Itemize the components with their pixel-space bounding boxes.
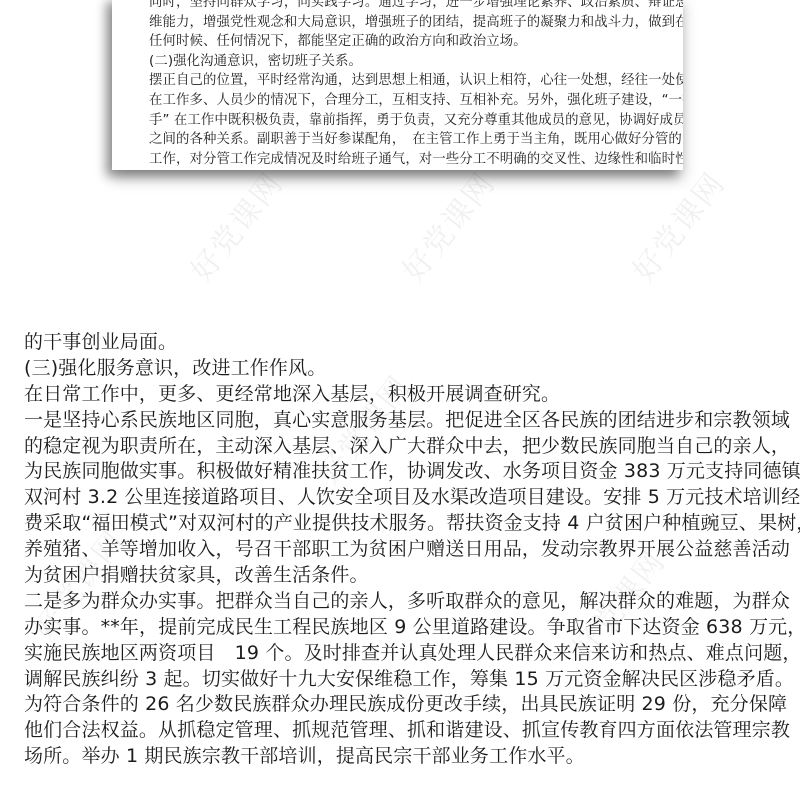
text-line: 办实事。**年，提前完成民生工程民族地区 9 公里道路建设。争取省市下达资金 6… [24, 615, 784, 641]
text-line: 他们合法权益。从抓稳定管理、抓规范管理、抓和谐建设、抓宣传教育四方面依法管理宗教 [24, 718, 784, 744]
document-body: 的干事创业局面。 (三)强化服务意识，改进工作作风。 在日常工作中，更多、更经常… [24, 330, 784, 770]
text-line: 同时，坚持向群众学习，向实践学习。通过学习，进一步增强理论素养、政治素质、辩证思 [149, 0, 669, 13]
watermark: 好党课网 [390, 161, 503, 289]
text-line: 的干事创业局面。 [24, 330, 784, 356]
text-line: 实施民族地区两资项目 19 个。及时排查并认真处理人民群众来信来访和热点、难点问… [24, 641, 784, 667]
text-line: 为民族同胞做实事。积极做好精准扶贫工作，协调发改、水务项目资金 383 万元支持… [24, 459, 784, 485]
section-heading: (三)强化服务意识，改进工作作风。 [24, 356, 784, 382]
text-line: 在日常工作中，更多、更经常地深入基层，积极开展调查研究。 [24, 382, 784, 408]
text-line: 手” 在工作中既积极负责，靠前指挥，勇于负责，又充分尊重其他成员的意见，协调好成… [149, 111, 669, 131]
text-line: 在工作多、人员少的情况下，合理分工，互相支持、互相补充。另外，强化班子建设，“一… [149, 91, 669, 111]
text-line: 二是多为群众办实事。把群众当自己的亲人，多听取群众的意见，解决群众的难题，为群众 [24, 589, 784, 615]
text-line: 费采取“福田模式”对双河村的产业提供技术服务。帮扶资金支持 4 户贫困户种植豌豆… [24, 511, 784, 537]
text-line: 之间的各种关系。副职善于当好参谋配角， 在主管工作上勇于当主角，既用心做好分管的 [149, 130, 669, 150]
page-preview-text: 同时，坚持向群众学习，向实践学习。通过学习，进一步增强理论素养、政治素质、辩证思… [149, 0, 669, 170]
text-line: 为符合条件的 26 名少数民族群众办理民族成份更改手续，出具民族证明 29 份，… [24, 692, 784, 718]
text-line: 维能力，增强党性观念和大局意识，增强班子的团结，提高班子的凝聚力和战斗力，做到在 [149, 13, 669, 33]
text-line: 的稳定视为职责所在，主动深入基层、深入广大群众中去，把少数民族同胞当自己的亲人， [24, 434, 784, 460]
text-line: 摆正自己的位置，平时经常沟通，达到思想上相通，认识上相符，心往一处想，经往一处使… [149, 71, 669, 91]
text-line: 任何时候、任何情况下，都能坚定正确的政治方向和政治立场。 [149, 32, 669, 52]
text-line: 场所。举办 1 期民族宗教干部培训，提高民宗干部业务工作水平。 [24, 744, 784, 770]
section-heading: (二)强化沟通意识，密切班子关系。 [149, 52, 669, 72]
text-line: 工作，又乐于承担，积极分忧解难，主动接受重点和重要的工作，形成心齐气顺、密切配合 [149, 169, 669, 170]
text-line: 双河村 3.2 公里连接道路项目、人饮安全项目及水渠改造项目建设。安排 5 万元… [24, 485, 784, 511]
text-line: 为贫困户捐赠扶贫家具，改善生活条件。 [24, 563, 784, 589]
text-line: 工作，对分管工作完成情况及时给班子通气，对一些分工不明确的交叉性、边缘性和临时性 [149, 150, 669, 170]
watermark: 好党课网 [620, 161, 733, 289]
text-line: 一是坚持心系民族地区同胞，真心实意服务基层。把促进全区各民族的团结进步和宗教领域 [24, 408, 784, 434]
watermark: 好党课网 [178, 161, 291, 289]
text-line: 调解民族纠纷 3 起。切实做好十九大安保维稳工作，筹集 15 万元资金解决民区涉… [24, 667, 784, 693]
text-line: 养殖猪、羊等增加收入，号召干部职工为贫困户赠送日用品，发动宗教界开展公益慈善活动 [24, 537, 784, 563]
document-page-preview: 同时，坚持向群众学习，向实践学习。通过学习，进一步增强理论素养、政治素质、辩证思… [112, 0, 683, 170]
